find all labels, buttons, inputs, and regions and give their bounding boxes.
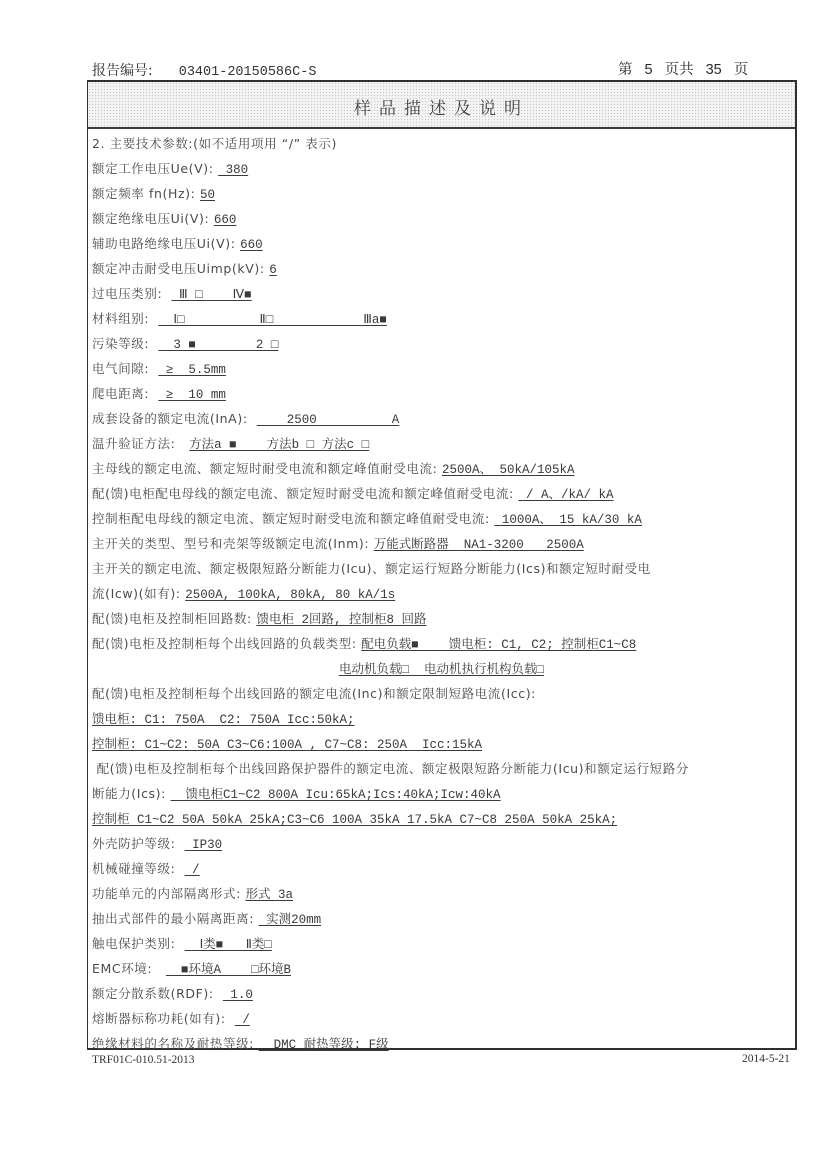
parameter-value: 方法a ■ 方法b □ 方法c □ — [189, 438, 369, 452]
parameter-row: 熔断器标称功耗(如有): / — [92, 1006, 791, 1031]
parameter-label: 配(馈)电柜及控制柜每个出线回路的额定电流(Inc)和额定限制短路电流(Icc)… — [92, 686, 536, 701]
parameter-label: 成套设备的额定电流(InA): — [92, 411, 257, 426]
parameter-label: 触电保护类别: — [92, 936, 185, 951]
parameter-value: 1.0 — [223, 988, 253, 1002]
parameter-value: Ⅲ □ Ⅳ■ — [171, 288, 251, 302]
parameter-value: ≥ 10 mm — [158, 388, 226, 402]
parameter-value: 实测20mm — [259, 913, 322, 927]
report-number-label: 报告编号: — [92, 63, 153, 79]
parameter-label: 抽出式部件的最小隔离距离: — [92, 911, 259, 926]
parameter-row: 外壳防护等级: IP30 — [92, 831, 791, 856]
parameter-label: 2. 主要技术参数:(如不适用项用 “/” 表示) — [92, 136, 337, 151]
parameter-row: 配(馈)电柜及控制柜回路数: 馈电柜 2回路, 控制柜8 回路 — [92, 606, 791, 631]
parameter-row: 触电保护类别: Ⅰ类■ Ⅱ类□ — [92, 931, 791, 956]
parameter-label: 额定工作电压Ue(V): — [92, 161, 218, 176]
report-number-value: 03401-20150586C-S — [179, 65, 317, 80]
section-title-band: 样品描述及说明 — [88, 82, 795, 129]
parameter-value: / A、/kA/ kA — [518, 488, 613, 502]
parameter-label: 熔断器标称功耗(如有): — [92, 1011, 235, 1026]
parameter-row: 配(馈)电柜配电母线的额定电流、额定短时耐受电流和额定峰值耐受电流: / A、/… — [92, 481, 791, 506]
page-indicator: 第5页共35页 — [618, 58, 748, 79]
parameter-label: 材料组别: — [92, 311, 158, 326]
parameter-label: 额定频率 fn(Hz): — [92, 186, 200, 201]
parameter-label: 配(馈)电柜配电母线的额定电流、额定短时耐受电流和额定峰值耐受电流: — [92, 486, 518, 501]
parameter-row: 爬电距离: ≥ 10 mm — [92, 381, 791, 406]
parameter-list: 2. 主要技术参数:(如不适用项用 “/” 表示)额定工作电压Ue(V): 38… — [92, 131, 791, 1056]
page-current: 5 — [645, 62, 653, 78]
parameter-label: 辅助电路绝缘电压Ui(V): — [92, 236, 240, 251]
parameter-value: 50 — [200, 188, 215, 202]
parameter-value: 2500A、 50kA/105kA — [442, 463, 575, 477]
parameter-value: / — [185, 863, 200, 877]
parameter-value: ≥ 5.5mm — [158, 363, 226, 377]
parameter-row: 配(馈)电柜及控制柜每个出线回路保护器件的额定电流、额定极限短路分断能力(Icu… — [92, 756, 791, 781]
parameter-row: 额定冲击耐受电压Uimp(kV): 6 — [92, 256, 791, 281]
page-suffix: 页 — [734, 58, 749, 79]
parameter-row: 主开关的类型、型号和壳架等级额定电流(Inm): 万能式断路器 NA1-3200… — [92, 531, 791, 556]
parameter-row: 额定绝缘电压Ui(V): 660 — [92, 206, 791, 231]
parameter-value: 660 — [214, 213, 237, 227]
parameter-label: 功能单元的内部隔离形式: — [92, 886, 246, 901]
parameter-value: 配电负载■ 馈电柜: C1, C2; 控制柜C1~C8 — [361, 638, 636, 652]
parameter-value: 万能式断路器 NA1-3200 2500A — [374, 538, 584, 552]
parameter-label: 额定分散系数(RDF): — [92, 986, 223, 1001]
parameter-label: 主开关的额定电流、额定极限短路分断能力(Icu)、额定运行短路分断能力(Ics)… — [92, 561, 651, 576]
parameter-label: 机械碰撞等级: — [92, 861, 185, 876]
parameter-row: 控制柜: C1~C2: 50A C3~C6:100A , C7~C8: 250A… — [92, 731, 791, 756]
parameter-value: 2500 A — [257, 413, 400, 427]
parameter-row: 2. 主要技术参数:(如不适用项用 “/” 表示) — [92, 131, 791, 156]
parameter-label: 爬电距离: — [92, 386, 158, 401]
parameter-label: 主开关的类型、型号和壳架等级额定电流(Inm): — [92, 536, 374, 551]
parameter-row: 辅助电路绝缘电压Ui(V): 660 — [92, 231, 791, 256]
issue-date: 2014-5-21 — [742, 1053, 790, 1065]
parameter-row: 配(馈)电柜及控制柜每个出线回路的负载类型: 配电负载■ 馈电柜: C1, C2… — [92, 631, 791, 656]
parameter-row: 抽出式部件的最小隔离距离: 实测20mm — [92, 906, 791, 931]
parameter-row: 主开关的额定电流、额定极限短路分断能力(Icu)、额定运行短路分断能力(Ics)… — [92, 556, 791, 581]
parameter-value: ■环境A □环境B — [166, 963, 291, 977]
parameter-value: 1000A、 15 kA/30 kA — [494, 513, 642, 527]
parameter-label: 额定绝缘电压Ui(V): — [92, 211, 214, 226]
parameter-label: 额定冲击耐受电压Uimp(kV): — [92, 261, 269, 276]
parameter-row: 配(馈)电柜及控制柜每个出线回路的额定电流(Inc)和额定限制短路电流(Icc)… — [92, 681, 791, 706]
parameter-row: 过电压类别: Ⅲ □ Ⅳ■ — [92, 281, 791, 306]
parameter-row: 电气间隙: ≥ 5.5mm — [92, 356, 791, 381]
parameter-row: 成套设备的额定电流(InA): 2500 A — [92, 406, 791, 431]
parameter-row: 材料组别: Ⅰ□ Ⅱ□ Ⅲa■ — [92, 306, 791, 331]
parameter-row: 污染等级: 3 ■ 2 □ — [92, 331, 791, 356]
parameter-value: 馈电柜C1~C2 800A Icu:65kA;Ics:40kA;Icw:40kA — [171, 788, 501, 802]
parameter-value: 控制柜: C1~C2: 50A C3~C6:100A , C7~C8: 250A… — [92, 738, 482, 752]
parameter-row: 控制柜配电母线的额定电流、额定短时耐受电流和额定峰值耐受电流: 1000A、 1… — [92, 506, 791, 531]
report-number: 报告编号:03401-20150586C-S — [92, 60, 316, 80]
parameter-row: 断能力(Ics): 馈电柜C1~C2 800A Icu:65kA;Ics:40k… — [92, 781, 791, 806]
parameter-label: 配(馈)电柜及控制柜每个出线回路的负载类型: — [92, 636, 361, 651]
parameter-row: 温升验证方法: 方法a ■ 方法b □ 方法c □ — [92, 431, 791, 456]
parameter-value: 660 — [240, 238, 263, 252]
page-prefix: 第 — [618, 58, 633, 79]
parameter-row: 额定工作电压Ue(V): 380 — [92, 156, 791, 181]
parameter-row: 控制柜 C1~C2 50A 50kA 25kA;C3~C6 100A 35kA … — [92, 806, 791, 831]
parameter-value: 馈电柜: C1: 750A C2: 750A Icc:50kA; — [92, 713, 355, 727]
parameter-row: 流(Icw)(如有): 2500A, 100kA, 80kA, 80 kA/1s — [92, 581, 791, 606]
parameter-label: 主母线的额定电流、额定短时耐受电流和额定峰值耐受电流: — [92, 461, 442, 476]
page-total: 35 — [706, 62, 722, 78]
parameter-row: 电动机负载□ 电动机执行机构负载□ — [92, 656, 791, 681]
parameter-label: 流(Icw)(如有): — [92, 586, 185, 601]
parameter-label: EMC环境: — [92, 961, 166, 976]
parameter-value: 馈电柜 2回路, 控制柜8 回路 — [256, 613, 426, 627]
parameter-value: 3 ■ 2 □ — [158, 338, 278, 352]
parameter-value: Ⅰ类■ Ⅱ类□ — [185, 938, 272, 952]
parameter-value: Ⅰ□ Ⅱ□ Ⅲa■ — [158, 313, 387, 327]
parameter-label: 外壳防护等级: — [92, 836, 185, 851]
parameter-row: 功能单元的内部隔离形式: 形式 3a — [92, 881, 791, 906]
parameter-value: 2500A, 100kA, 80kA, 80 kA/1s — [185, 588, 395, 602]
form-code: TRF01C-010.51-2013 — [92, 1054, 195, 1066]
parameter-row: 馈电柜: C1: 750A C2: 750A Icc:50kA; — [92, 706, 791, 731]
parameter-row: 机械碰撞等级: / — [92, 856, 791, 881]
parameter-label: 绝缘材料的名称及耐热等级: — [92, 1036, 259, 1051]
parameter-value: DMC 耐热等级: F级 — [259, 1038, 389, 1052]
parameter-row: 主母线的额定电流、额定短时耐受电流和额定峰值耐受电流: 2500A、 50kA/… — [92, 456, 791, 481]
parameter-label: 温升验证方法: — [92, 436, 189, 451]
parameter-row: 额定频率 fn(Hz): 50 — [92, 181, 791, 206]
content-frame: 样品描述及说明 2. 主要技术参数:(如不适用项用 “/” 表示)额定工作电压U… — [87, 80, 797, 1050]
parameter-label: 配(馈)电柜及控制柜回路数: — [92, 611, 256, 626]
parameter-value: 6 — [269, 263, 277, 277]
parameter-label: 过电压类别: — [92, 286, 171, 301]
parameter-value: IP30 — [185, 838, 223, 852]
parameter-row: EMC环境: ■环境A □环境B — [92, 956, 791, 981]
parameter-value: 形式 3a — [246, 888, 294, 902]
parameter-row: 额定分散系数(RDF): 1.0 — [92, 981, 791, 1006]
parameter-value: / — [235, 1013, 250, 1027]
parameter-value: 控制柜 C1~C2 50A 50kA 25kA;C3~C6 100A 35kA … — [92, 813, 617, 827]
parameter-label: 电气间隙: — [92, 361, 158, 376]
parameter-value: 电动机负载□ 电动机执行机构负载□ — [339, 663, 544, 677]
parameter-label: 控制柜配电母线的额定电流、额定短时耐受电流和额定峰值耐受电流: — [92, 511, 494, 526]
parameter-label: 配(馈)电柜及控制柜每个出线回路保护器件的额定电流、额定极限短路分断能力(Icu… — [92, 761, 689, 776]
parameter-value: 380 — [218, 163, 248, 177]
section-title: 样品描述及说明 — [354, 94, 529, 119]
parameter-row: 绝缘材料的名称及耐热等级: DMC 耐热等级: F级 — [92, 1031, 791, 1056]
parameter-label: 断能力(Ics): — [92, 786, 171, 801]
parameter-label: 污染等级: — [92, 336, 158, 351]
page-mid: 页共 — [665, 58, 694, 79]
